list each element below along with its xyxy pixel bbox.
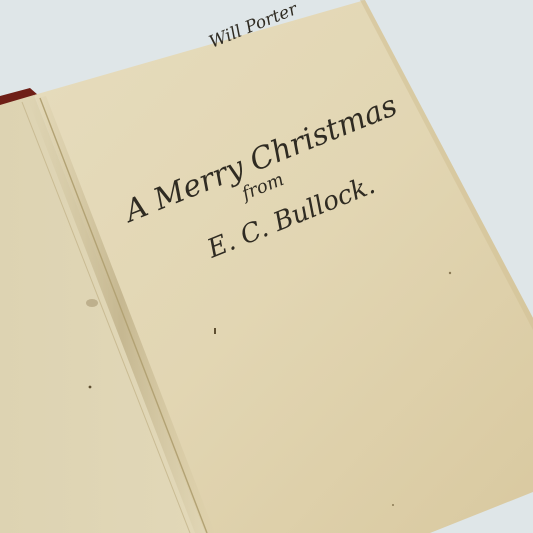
foxing-spot — [214, 328, 216, 334]
foxing-spot — [89, 386, 92, 389]
foxing-spot — [392, 504, 394, 506]
foxing-spot — [86, 299, 98, 307]
foxing-spot — [449, 272, 451, 274]
book-illustration: Will Porter A Merry Christmas from E. C.… — [0, 0, 533, 533]
book-photo: Will Porter A Merry Christmas from E. C.… — [0, 0, 533, 533]
